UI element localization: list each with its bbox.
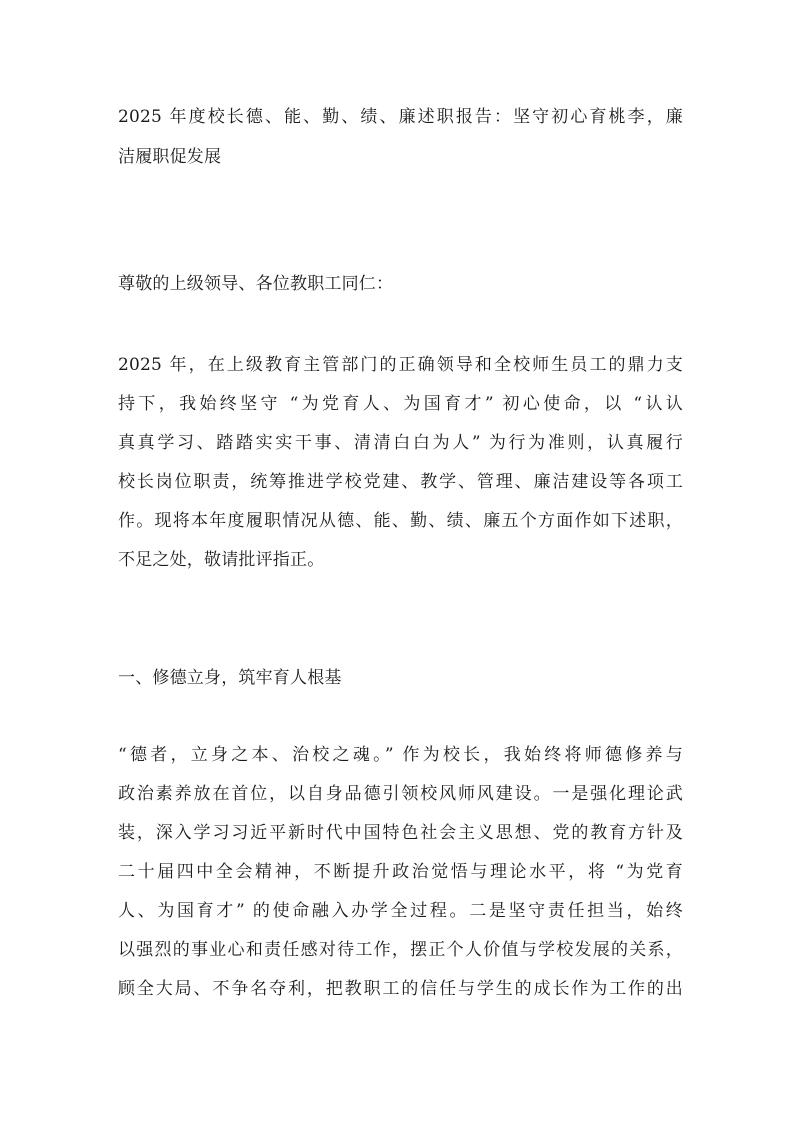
section-1-heading: 一、修德立身，筑牢育人根基 [118, 667, 683, 689]
section-1-line-6: 以强烈的事业心和责任感对待工作，摆正个人价值与学校发展的关系， [118, 939, 683, 961]
salutation: 尊敬的上级领导、各位教职工同仁： [118, 273, 683, 295]
section-1-line-1: “德者，立身之本、治校之魂。” 作为校长，我始终将师德修养与 [118, 744, 683, 766]
document-page: 2025 年度校长德、能、勤、绩、廉述职报告：坚守初心育桃李，廉 洁履职促发展 … [0, 0, 793, 1122]
intro-line-3: 真真学习、踏踏实实干事、清清白白为人” 为行为准则，认真履行 [118, 432, 683, 454]
section-1-line-4: 二十届四中全会精神，不断提升政治觉悟与理论水平，将 “为党育 [118, 861, 683, 883]
intro-line-5: 作。现将本年度履职情况从德、能、勤、绩、廉五个方面作如下述职， [118, 510, 683, 532]
section-1-line-2: 政治素养放在首位，以自身品德引领校风师风建设。一是强化理论武 [118, 783, 683, 805]
document-title-line-1: 2025 年度校长德、能、勤、绩、廉述职报告：坚守初心育桃李，廉 [118, 106, 683, 128]
section-1-line-5: 人、为国育才” 的使命融入办学全过程。二是坚守责任担当，始终 [118, 900, 683, 922]
section-1-line-7: 顾全大局、不争名夺利，把教职工的信任与学生的成长作为工作的出 [118, 978, 683, 1000]
document-title-line-2: 洁履职促发展 [118, 146, 683, 168]
intro-line-2: 持下，我始终坚守 “为党育人、为国育才” 初心使命，以 “认认 [118, 393, 683, 415]
intro-line-6: 不足之处，敬请批评指正。 [118, 549, 683, 571]
intro-line-1: 2025 年，在上级教育主管部门的正确领导和全校师生员工的鼎力支 [118, 354, 683, 376]
section-1-line-3: 装，深入学习习近平新时代中国特色社会主义思想、党的教育方针及 [118, 822, 683, 844]
intro-line-4: 校长岗位职责，统筹推进学校党建、教学、管理、廉洁建设等各项工 [118, 471, 683, 493]
